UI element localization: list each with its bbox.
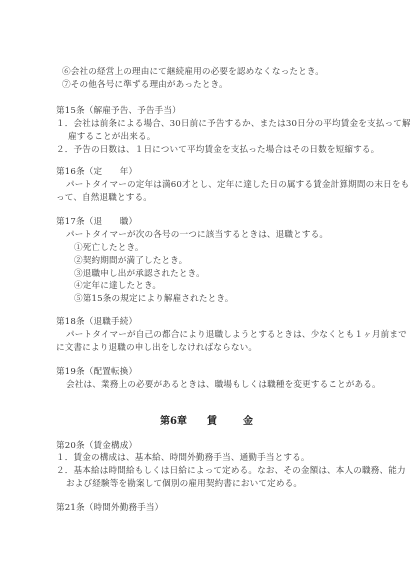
chapter-title-char: 賃 xyxy=(207,415,217,428)
article-heading: 第19条（配置転換） xyxy=(56,366,137,378)
article-heading: 第18条（退職手続） xyxy=(56,316,137,328)
list-item: ⑥会社の経営上の理由にて継続雇用の必要を認めなくなったとき。 xyxy=(62,66,324,78)
list-item: ⑦その他各号に準ずる理由があったとき。 xyxy=(62,79,228,91)
article-line: パートタイマーの定年は満60才とし、定年に達した日の属する賃金計算期間の末日をも xyxy=(66,179,409,191)
article-line: 雇することが出来る。 xyxy=(68,131,155,143)
list-item: ③退職申し出が承認されたとき。 xyxy=(74,268,205,280)
article-heading: 第20条（賃金構成） xyxy=(56,440,137,452)
article-heading: 第17条（退 職） xyxy=(56,216,137,228)
document-page: ⑥会社の経営上の理由にて継続雇用の必要を認めなくなったとき。 ⑦その他各号に準ず… xyxy=(0,0,410,580)
article-heading: 第16条（定 年） xyxy=(56,166,137,178)
list-item: ④定年に達したとき。 xyxy=(74,280,161,292)
chapter-title-char: 金 xyxy=(243,415,253,428)
article-line: に文書により退職の申し出をしなければならない。 xyxy=(56,342,257,354)
article-line: １．賃金の構成は、基本給、時間外勤務手当、通勤手当とする。 xyxy=(56,452,310,464)
article-line: および経験等を勘案して個別の雇用契約書において定める。 xyxy=(66,478,302,490)
article-line: って、自然退職とする。 xyxy=(56,192,152,204)
article-heading: 第15条（解雇予告、予告手当） xyxy=(56,105,181,117)
article-line: パートタイマーが自己の都合により退職しようとするときは、少なくとも１ヶ月前まで xyxy=(66,329,407,341)
article-line: 会社は、業務上の必要があるときは、職場もしくは職種を変更することがある。 xyxy=(66,379,381,391)
article-line: ２．予告の日数は、１日について平均賃金を支払った場合はその日数を短縮する。 xyxy=(56,144,379,156)
list-item: ⑤第15条の規定により解雇されたとき。 xyxy=(74,293,234,305)
list-item: ②契約期間が満了したとき。 xyxy=(74,255,187,267)
list-item: ①死亡したとき。 xyxy=(74,242,144,254)
chapter-number: 第6章 xyxy=(160,415,187,428)
article-line: １．会社は前条による場合、30日前に予告するか、または30日分の平均賃金を支払っ… xyxy=(56,118,410,130)
article-line: パートタイマーが次の各号の一つに該当するときは、退職とする。 xyxy=(66,229,328,241)
article-heading: 第21条（時間外勤務手当） xyxy=(56,502,163,514)
article-line: ２．基本給は時間給もしくは日給によって定める。なお、その金額は、本人の職務、能力 xyxy=(56,465,406,477)
